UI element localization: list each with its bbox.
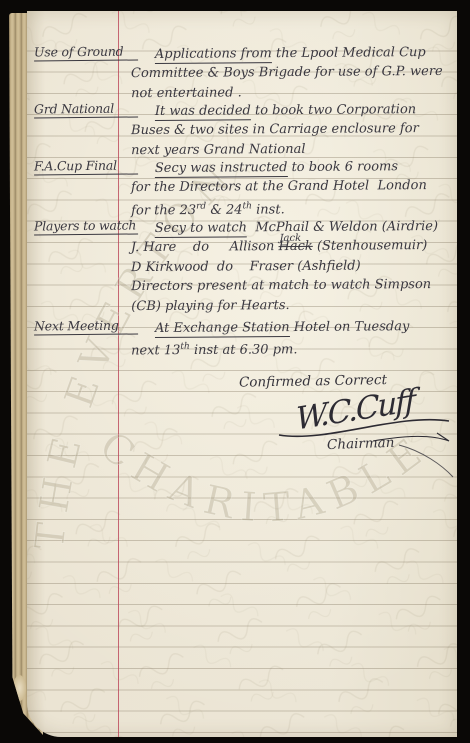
handwritten-text: & 24: [206, 202, 242, 217]
underlined-text: Secy was instructed: [155, 160, 288, 177]
underlined-text: Applications from: [155, 46, 272, 63]
handwritten-text: (Stenhousemuir): [313, 238, 428, 254]
inserted-correction: Jack: [279, 229, 301, 249]
entry-line: next 13th inst at 6.30 pm.: [131, 336, 453, 361]
entry-line: J. Hare do Allison HackJack (Stenhousemu…: [131, 236, 453, 258]
handwritten-text: inst.: [252, 202, 285, 217]
entry-line: It was decided to book two Corporation: [131, 100, 453, 122]
entry-body: Secy to watch McPhail & Weldon (Airdrie)…: [131, 217, 454, 316]
handwritten-text: Directors present at match to watch Simp…: [131, 277, 431, 294]
superscript-text: rd: [196, 201, 206, 211]
entry-line: At Exchange Station Hotel on Tuesday: [131, 317, 453, 339]
entry-line: D Kirkwood do Fraser (Ashfield): [131, 256, 453, 278]
handwritten-text: Committee & Boys Brigade for use of G.P.…: [131, 64, 443, 81]
minute-page: THE EVERTON CHARITABLE TRUST Use of Grou…: [27, 11, 457, 737]
entry-line: Secy was instructed to book 6 rooms: [131, 157, 453, 179]
handwritten-text: inst at 6.30 pm.: [190, 343, 298, 359]
struck-text: HackJack: [278, 239, 312, 254]
handwritten-text: to book two Corporation: [251, 102, 416, 118]
margin-rule-line: [118, 11, 119, 737]
entry-line: Buses & two sites in Carriage enclosure …: [131, 119, 453, 141]
handwritten-text: next 13: [131, 344, 180, 359]
chairman-role-label: Chairman: [327, 433, 447, 453]
entry-line: Applications from the Lpool Medical Cup: [131, 43, 453, 65]
handwritten-text: Buses & two sites in Carriage enclosure …: [131, 122, 419, 139]
entry-body: At Exchange Station Hotel on Tuesdaynext…: [131, 317, 453, 361]
entry-body: Applications from the Lpool Medical CupC…: [131, 43, 453, 103]
handwritten-text: McPhail & Weldon (Airdrie): [247, 219, 438, 235]
underlined-text: At Exchange Station: [155, 320, 290, 337]
superscript-text: th: [243, 201, 252, 211]
handwritten-text: not entertained .: [131, 85, 242, 101]
handwritten-text: Hotel on Tuesday: [290, 319, 410, 335]
entry-margin-heading: Next Meeting: [34, 317, 138, 335]
handwritten-text: (CB) playing for Hearts.: [131, 298, 289, 314]
entry-line: (CB) playing for Hearts.: [131, 295, 453, 317]
underlined-text: Secy to watch: [155, 220, 247, 237]
entry-body: Secy was instructed to book 6 roomsfor t…: [131, 157, 453, 221]
handwritten-text: next years Grand National: [131, 142, 305, 158]
entry-margin-heading: Use of Ground: [34, 43, 138, 61]
scanned-minute-book-page: THE EVERTON CHARITABLE TRUST Use of Grou…: [0, 0, 470, 743]
handwritten-text: for the Directors at the Grand Hotel Lon…: [131, 178, 427, 195]
entry-margin-heading: F.A.Cup Final: [34, 157, 138, 175]
entry-margin-heading: Players to watch: [34, 217, 138, 235]
entry-line: Directors present at match to watch Simp…: [131, 275, 453, 297]
entry-line: Committee & Boys Brigade for use of G.P.…: [131, 62, 453, 84]
handwritten-text: the Lpool Medical Cup: [272, 45, 426, 61]
handwritten-text: D Kirkwood do Fraser (Ashfield): [131, 258, 361, 275]
entry-body: It was decided to book two CorporationBu…: [131, 100, 453, 160]
underlined-text: It was decided: [155, 103, 251, 120]
entry-line: for the Directors at the Grand Hotel Lon…: [131, 176, 453, 198]
handwritten-text: J. Hare do Allison: [131, 239, 279, 255]
handwritten-text: for the 23: [131, 203, 196, 218]
handwritten-text: to book 6 rooms: [287, 159, 398, 175]
entry-margin-heading: Grd National: [34, 100, 138, 118]
superscript-text: th: [180, 342, 189, 352]
